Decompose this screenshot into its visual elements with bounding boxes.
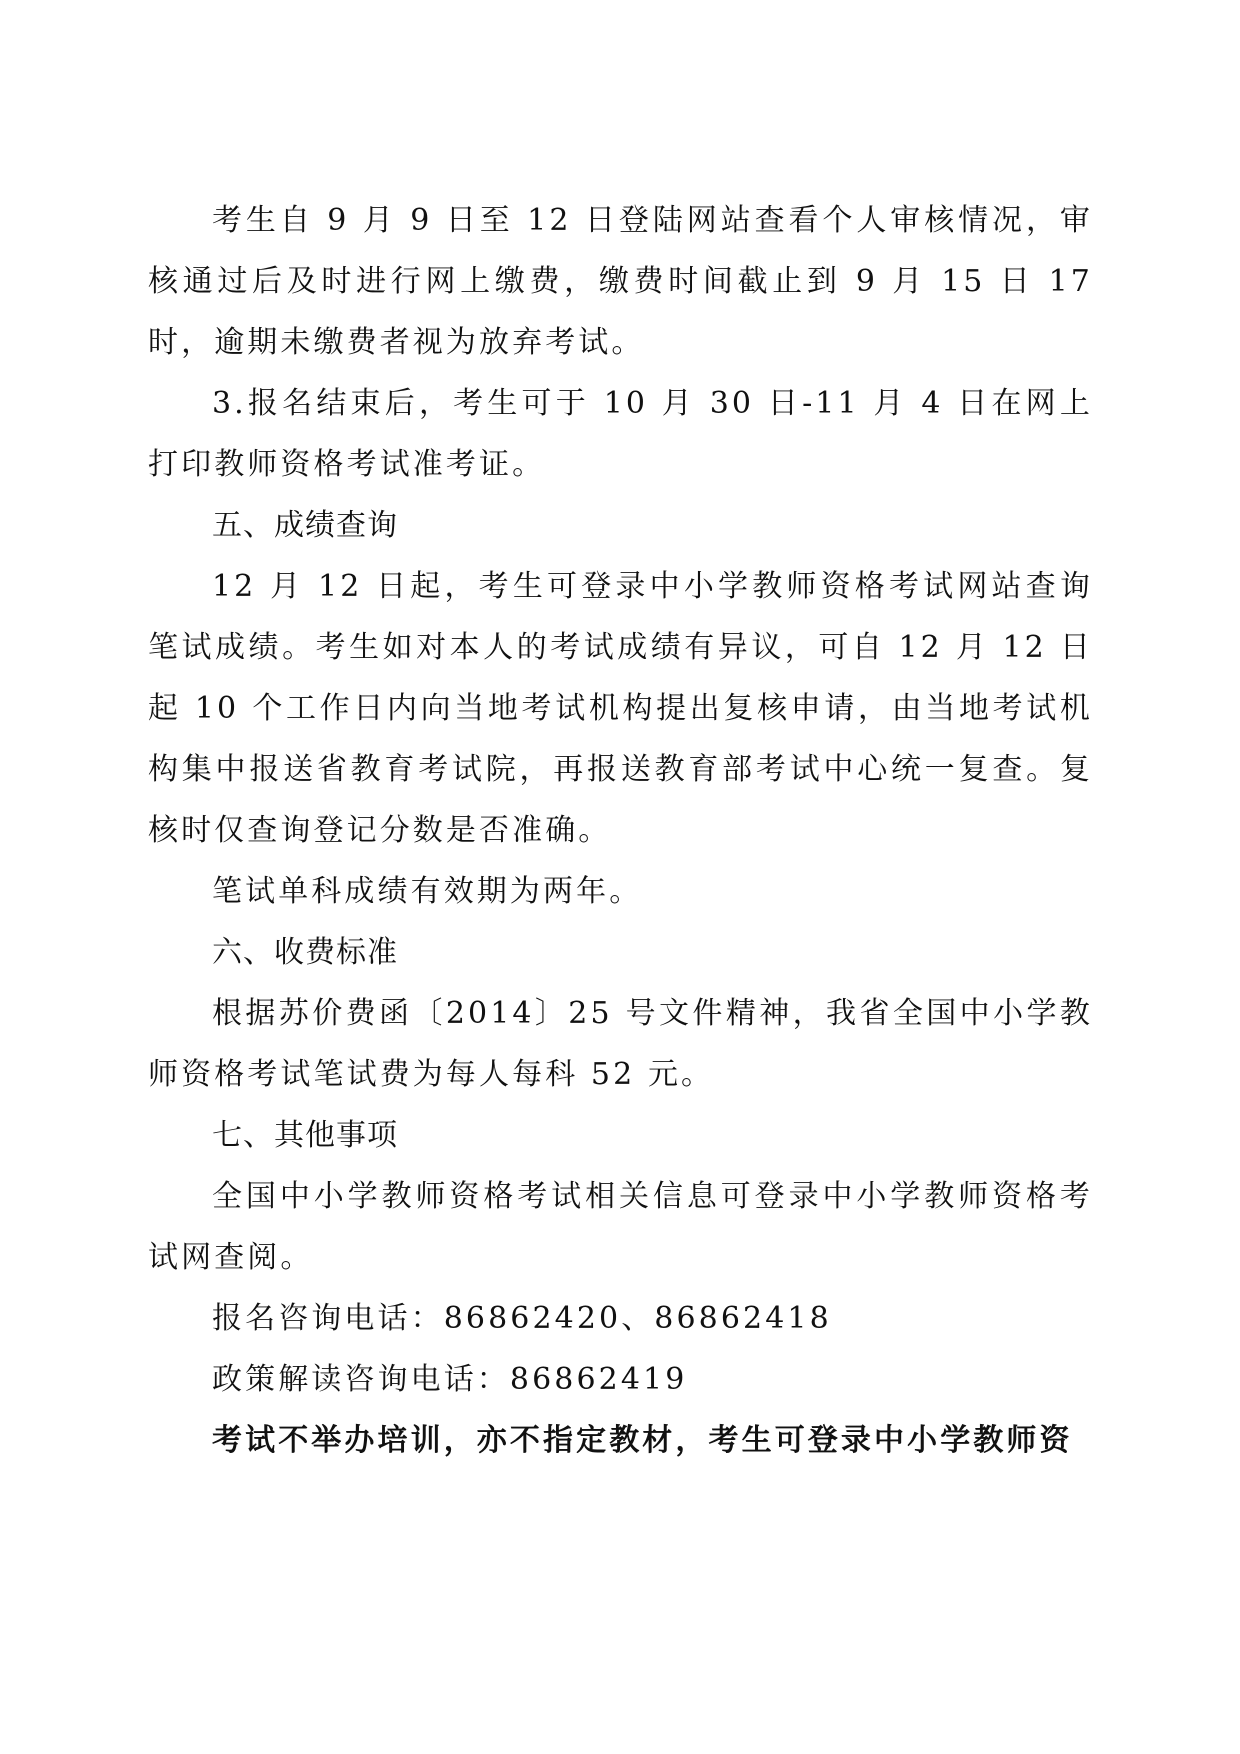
- paragraph-score-validity: 笔试单科成绩有效期为两年。: [148, 861, 1093, 922]
- paragraph-no-training-notice: 考试不举办培训，亦不指定教材，考生可登录中小学教师资: [148, 1410, 1093, 1471]
- paragraph-registration-phone: 报名咨询电话：86862420、86862418: [148, 1288, 1093, 1349]
- section-heading-other-matters: 七、其他事项: [148, 1105, 1093, 1166]
- paragraph-admission-ticket: 3.报名结束后，考生可于 10 月 30 日-11 月 4 日在网上打印教师资格…: [148, 373, 1093, 495]
- paragraph-other-info: 全国中小学教师资格考试相关信息可登录中小学教师资格考试网查阅。: [148, 1166, 1093, 1288]
- paragraph-fee-standard: 根据苏价费函〔2014〕25 号文件精神，我省全国中小学教师资格考试笔试费为每人…: [148, 983, 1093, 1105]
- section-heading-fee-standard: 六、收费标准: [148, 922, 1093, 983]
- section-heading-score-query: 五、成绩查询: [148, 495, 1093, 556]
- paragraph-payment-review: 考生自 9 月 9 日至 12 日登陆网站查看个人审核情况，审核通过后及时进行网…: [148, 190, 1093, 373]
- paragraph-policy-phone: 政策解读咨询电话：86862419: [148, 1349, 1093, 1410]
- document-page: 考生自 9 月 9 日至 12 日登陆网站查看个人审核情况，审核通过后及时进行网…: [148, 190, 1093, 1471]
- paragraph-score-query: 12 月 12 日起，考生可登录中小学教师资格考试网站查询笔试成绩。考生如对本人…: [148, 556, 1093, 861]
